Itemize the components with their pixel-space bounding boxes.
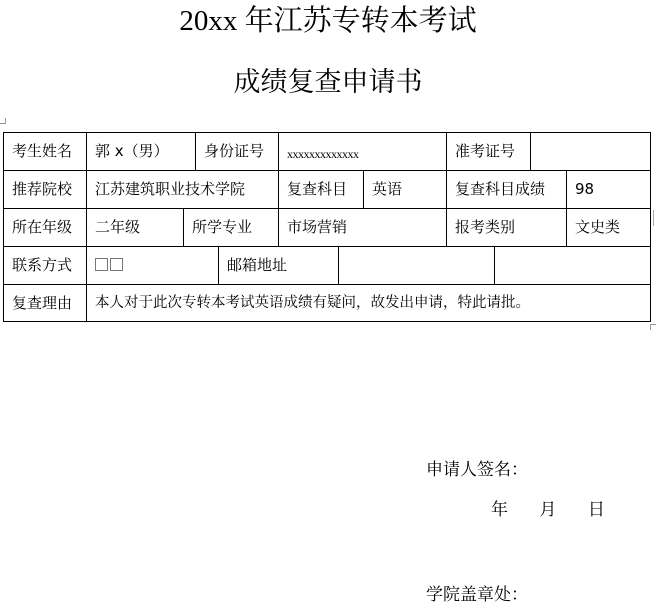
- field-major[interactable]: 市场营销: [278, 208, 447, 247]
- field-review-subject[interactable]: 英语: [363, 170, 447, 209]
- field-review-subject-score[interactable]: 98: [566, 170, 651, 209]
- label-recommending-school: 推荐院校: [3, 170, 87, 209]
- field-admission-number[interactable]: [530, 132, 651, 171]
- field-grade[interactable]: 二年级: [86, 208, 184, 247]
- document-title: 20xx 年江苏专转本考试: [0, 2, 656, 40]
- applicant-signature-label: 申请人签名：: [426, 459, 528, 481]
- label-candidate-name: 考生姓名: [3, 132, 87, 171]
- date-year-label: 年: [491, 499, 508, 521]
- label-id-number: 身份证号: [195, 132, 279, 171]
- field-candidate-name[interactable]: 郭 x（男）: [86, 132, 196, 171]
- label-review-reason: 复查理由: [3, 284, 87, 322]
- label-email: 邮箱地址: [218, 246, 339, 285]
- label-application-category: 报考类别: [446, 208, 567, 247]
- field-contact[interactable]: [86, 246, 219, 285]
- field-recommending-school[interactable]: 江苏建筑职业技术学院: [86, 170, 279, 209]
- label-grade: 所在年级: [3, 208, 87, 247]
- text-boundary-marker-icon: [650, 324, 656, 330]
- field-extra[interactable]: [494, 246, 651, 285]
- label-admission-number: 准考证号: [446, 132, 531, 171]
- label-review-subject: 复查科目: [278, 170, 364, 209]
- college-seal-label: 学院盖章处：: [426, 584, 528, 606]
- field-application-category[interactable]: 文史类: [566, 208, 651, 247]
- field-id-number[interactable]: xxxxxxxxxxxxx: [278, 132, 447, 171]
- placeholder-box-icon: [110, 258, 123, 271]
- label-contact: 联系方式: [3, 246, 87, 285]
- placeholder-box-icon: [95, 258, 108, 271]
- label-review-subject-score: 复查科目成绩: [446, 170, 567, 209]
- label-major: 所学专业: [183, 208, 279, 247]
- date-day-label: 日: [588, 499, 605, 521]
- signature-date: 年 月 日: [491, 499, 605, 521]
- margin-marker: [653, 210, 654, 226]
- date-month-label: 月: [539, 499, 556, 521]
- application-form-table: 考生姓名 郭 x（男） 身份证号 xxxxxxxxxxxxx 准考证号 推荐院校…: [4, 133, 652, 323]
- document-subtitle: 成绩复查申请书: [0, 64, 656, 102]
- field-review-reason[interactable]: 本人对于此次专转本考试英语成绩有疑问，故发出申请，特此请批。: [86, 284, 651, 322]
- field-email[interactable]: [338, 246, 495, 285]
- text-boundary-marker-icon: [0, 118, 6, 124]
